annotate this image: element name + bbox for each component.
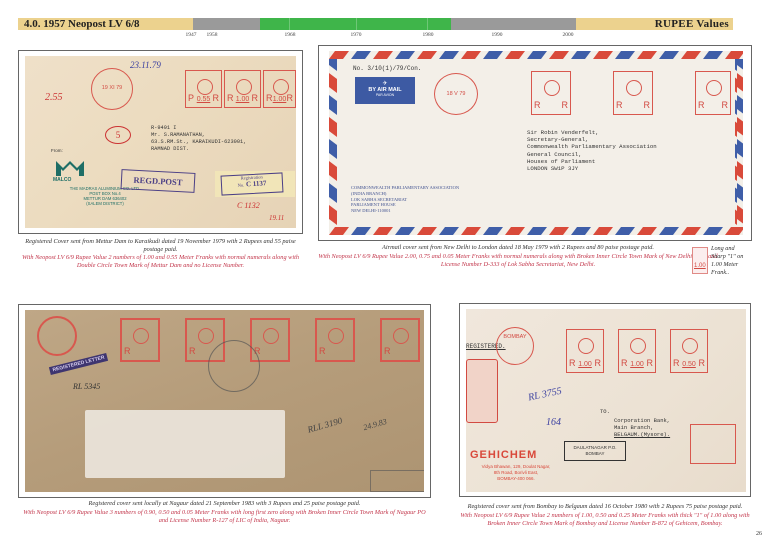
meter-frank: R1.00R [618, 329, 656, 373]
cover-4-frame: REGISTERED. BOMBAY R1.00R R1.00R R0.50R … [459, 303, 751, 497]
cover-4-description: With Neopost LV 6/9 Rupee Value 2 number… [455, 512, 755, 528]
registered-letter-stamp: REGISTERED LETTER [49, 353, 109, 375]
cover-3-caption: Registered cover sent locally at Nagaur … [18, 500, 431, 508]
meter-frank: R0.50R [670, 329, 708, 373]
airmail-plane-icon: ✈ [355, 80, 415, 87]
reference-number: No. 3/10(1)/79/Con. [353, 65, 421, 72]
recipient-address: Sir Robin Venderfelt, Secretary-General,… [527, 129, 657, 172]
airmail-label: ✈ BY AIR MAIL PAR AVION [355, 77, 415, 104]
address-window [85, 410, 285, 478]
timeline-tick: 1990 [492, 32, 503, 38]
meter-frank: R1.00R [263, 70, 296, 108]
cover-3-envelope-image: R R R R R REGISTERED LETTER RL 5345 RLL … [25, 310, 424, 492]
to-label: TO. [600, 408, 610, 415]
post-office-stamp: DAULATNAGAR P.O. BOMBAY [564, 441, 626, 461]
postmark-date: 19 XI 79 [102, 85, 123, 91]
cover-2-envelope-image: No. 3/10(1)/79/Con. ✈ BY AIR MAIL PAR AV… [329, 51, 743, 235]
meter-frank: RR [695, 71, 731, 115]
cover-4-caption: Registered cover sent from Bombay to Bel… [455, 503, 755, 511]
inset-value: 1.00 [694, 263, 706, 269]
sender-address: Vidya Bhawan, 129, Doulat Nagar, 8th Roa… [466, 464, 566, 482]
handwritten-date: 24.9.83 [362, 417, 388, 432]
town-mark-postmark: BOMBAY [496, 327, 534, 365]
town-mark-postmark: 18 V 79 [434, 73, 478, 115]
cover-2-frame: No. 3/10(1)/79/Con. ✈ BY AIR MAIL PAR AV… [318, 45, 752, 241]
cover-2-caption: Airmail cover sent from New Delhi to Lon… [318, 244, 718, 252]
gehichem-jar-illustration [466, 359, 498, 423]
registration-number: C 1137 [246, 179, 267, 188]
timeline-tick: 1947 [186, 32, 197, 38]
handwritten-date: 23.11.79 [130, 60, 161, 70]
malco-logo-icon [55, 158, 85, 178]
meter-frank: R [380, 318, 420, 362]
registration-label: Registration No. C 1137 [215, 171, 295, 197]
sender-brand: GEHICHEM [470, 449, 537, 461]
cover-1-caption: Registered Cover sent from Mettur Dam to… [18, 238, 303, 254]
page-number: 26 [756, 531, 762, 537]
cover-1-frame: 23.11.79 19 XI 79 P0.55R R1.00R R1.00R 2… [18, 50, 303, 234]
from-label: From: [51, 148, 63, 153]
cover-2-description: With Neopost LV 6/9 Rupee Value 2.00, 0.… [318, 253, 718, 269]
handwritten-reg-number: C 1132 [237, 201, 260, 210]
section-title: 4.0. 1957 Neopost LV 6/8 [24, 17, 140, 31]
meter-frank: R [120, 318, 160, 362]
handwritten-number: 164 [546, 417, 561, 428]
timeline-segment-gray-right [451, 18, 576, 30]
circled-number: 5 [105, 126, 131, 144]
meter-frank: RR [531, 71, 571, 115]
cover-3-description: With Neopost LV 6/9 Rupee Value 3 number… [18, 509, 431, 525]
meter-frank: RR [613, 71, 653, 115]
timeline-tick: 1958 [207, 32, 218, 38]
handwritten-amount: 2.55 [45, 92, 63, 103]
cover-3-frame: R R R R R REGISTERED LETTER RL 5345 RLL … [18, 304, 431, 498]
receiving-postmark [208, 340, 260, 392]
meter-frank-advert [690, 424, 736, 464]
cover-1-envelope-image: 23.11.79 19 XI 79 P0.55R R1.00R R1.00R 2… [25, 56, 296, 228]
sender-address: COMMONWEALTH PARLIAMENTARY ASSOCIATION (… [351, 185, 459, 214]
meter-frank: R1.00R [224, 70, 261, 108]
recipient-address: Corporation Bank, Main Branch, BELGAUM.(… [614, 417, 670, 438]
timeline-segment-gray-left [193, 18, 260, 30]
timeline-tick: 1980 [423, 32, 434, 38]
section-subtitle: RUPEE Values [655, 17, 729, 31]
cover-4-envelope-image: REGISTERED. BOMBAY R1.00R R1.00R R0.50R … [466, 309, 746, 492]
handwritten-rl-number: RL 3755 [527, 386, 563, 404]
recipient-address: R-9491 I Mr. S.RAMANATHAN, 63.S.RM.St., … [151, 125, 246, 153]
regd-post-stamp: REGD.POST [121, 169, 196, 193]
office-stamp [370, 470, 424, 492]
handwritten-rl-number: RL 5345 [73, 382, 100, 391]
meter-frank-detail-inset: 1.00 [692, 247, 708, 274]
sender-logo-text: MALCO [53, 177, 71, 183]
timeline-tick: 1968 [285, 32, 296, 38]
timeline-tick: 1970 [351, 32, 362, 38]
meter-frank: P0.55R [185, 70, 222, 108]
handwritten-date-2: 19.11 [269, 214, 284, 222]
handwritten-reg-number: RLL 3190 [306, 415, 343, 434]
side-note: Long and Sharp "1" on 1.00 Meter Frank.. [711, 245, 766, 277]
meter-frank: R1.00R [566, 329, 604, 373]
cover-1-description: With Neopost LV 6/9 Rupee Value 2 number… [18, 254, 303, 270]
postmark-date: 18 V 79 [447, 91, 466, 97]
timeline-tick: 2000 [563, 32, 574, 38]
town-mark-postmark: 19 XI 79 [91, 68, 133, 110]
meter-frank: R [315, 318, 355, 362]
town-mark-postmark [37, 316, 77, 356]
